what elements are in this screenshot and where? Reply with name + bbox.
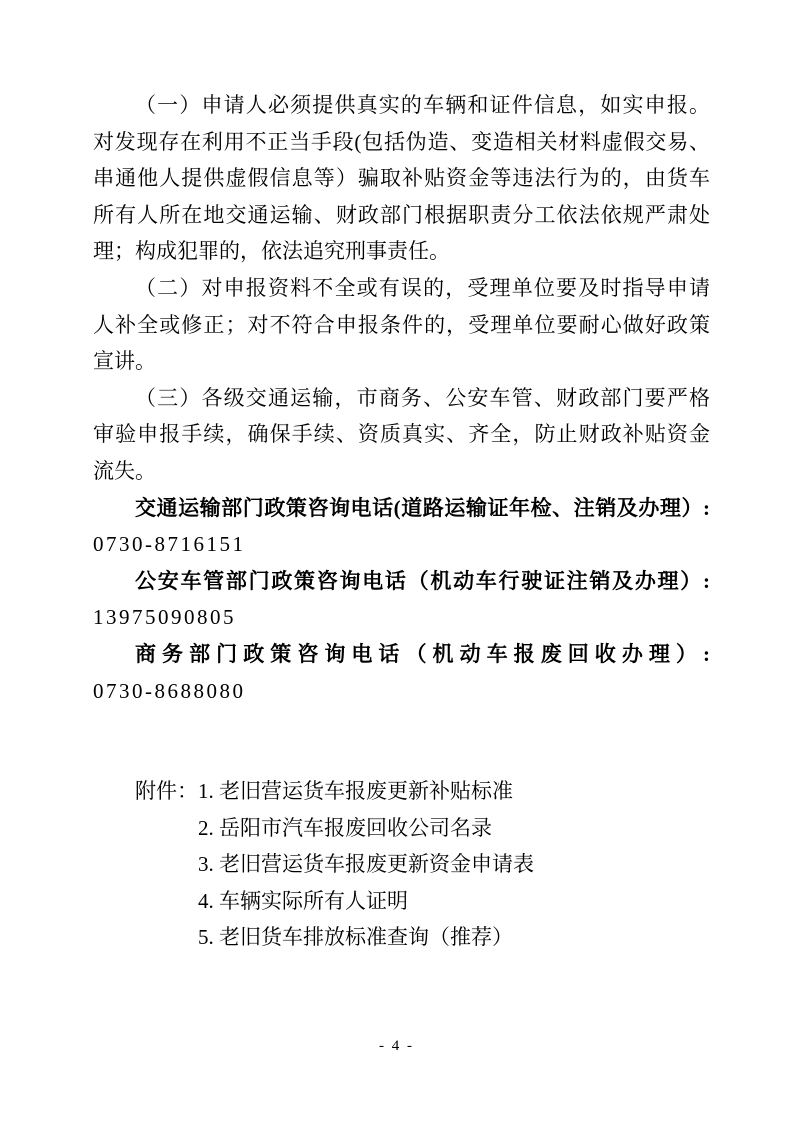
paragraph-1-line: 理；构成犯罪的，依法追究刑事责任。 bbox=[93, 233, 710, 270]
paragraph-3-line: （三）各级交通运输，市商务、公安车管、财政部门要严格 bbox=[93, 380, 710, 417]
paragraph-2: （二）对申报资料不全或有误的，受理单位要及时指导申请 人补全或修正；对不符合申报… bbox=[93, 270, 710, 380]
paragraph-1: （一）申请人必须提供真实的车辆和证件信息，如实申报。 对发现存在利用不正当手段(… bbox=[93, 87, 710, 270]
attachment-item-1: 1. 老旧营运货车报废更新补贴标准 bbox=[198, 773, 710, 810]
paragraph-2-line: 宣讲。 bbox=[93, 343, 710, 380]
document-page: （一）申请人必须提供真实的车辆和证件信息，如实申报。 对发现存在利用不正当手段(… bbox=[0, 0, 793, 1122]
paragraph-1-line: 所有人所在地交通运输、财政部门根据职责分工依法依规严肃处 bbox=[93, 197, 710, 234]
contact-commerce-phone: 0730-8688080 bbox=[93, 673, 710, 710]
paragraph-2-line: 人补全或修正；对不符合申报条件的，受理单位要耐心做好政策 bbox=[93, 307, 710, 344]
attachments-label: 附件： bbox=[135, 773, 198, 956]
paragraph-1-line: （一）申请人必须提供真实的车辆和证件信息，如实申报。 bbox=[93, 87, 710, 124]
contact-police-vehicle-phone: 13975090805 bbox=[93, 599, 710, 636]
attachment-item-4: 4. 车辆实际所有人证明 bbox=[198, 883, 710, 920]
attachment-item-5: 5. 老旧货车排放标准查询（推荐） bbox=[198, 919, 710, 956]
page-number: - 4 - bbox=[0, 1036, 793, 1056]
paragraph-2-line: （二）对申报资料不全或有误的，受理单位要及时指导申请 bbox=[93, 270, 710, 307]
attachments-block: 附件： 1. 老旧营运货车报废更新补贴标准 2. 岳阳市汽车报废回收公司名录 3… bbox=[93, 773, 710, 956]
contact-transport-phone: 0730-8716151 bbox=[93, 526, 710, 563]
paragraph-3-line: 流失。 bbox=[93, 453, 710, 490]
contact-police-vehicle: 公安车管部门政策咨询电话（机动车行驶证注销及办理）: 13975090805 bbox=[93, 563, 710, 636]
attachment-item-3: 3. 老旧营运货车报废更新资金申请表 bbox=[198, 846, 710, 883]
contact-commerce: 商务部门政策咨询电话（机动车报废回收办理）: 0730-8688080 bbox=[93, 636, 710, 709]
paragraph-1-line: 对发现存在利用不正当手段(包括伪造、变造相关材料虚假交易、 bbox=[93, 124, 710, 161]
contact-transport: 交通运输部门政策咨询电话(道路运输证年检、注销及办理）: 0730-871615… bbox=[93, 490, 710, 563]
paragraph-1-line: 串通他人提供虚假信息等）骗取补贴资金等违法行为的，由货车 bbox=[93, 160, 710, 197]
paragraph-3-line: 审验申报手续，确保手续、资质真实、齐全，防止财政补贴资金 bbox=[93, 416, 710, 453]
contact-transport-heading: 交通运输部门政策咨询电话(道路运输证年检、注销及办理）: bbox=[93, 490, 710, 527]
contact-police-vehicle-heading: 公安车管部门政策咨询电话（机动车行驶证注销及办理）: bbox=[93, 563, 710, 600]
contact-commerce-heading: 商务部门政策咨询电话（机动车报废回收办理）: bbox=[93, 636, 710, 673]
attachment-item-2: 2. 岳阳市汽车报废回收公司名录 bbox=[198, 810, 710, 847]
attachments-list: 1. 老旧营运货车报废更新补贴标准 2. 岳阳市汽车报废回收公司名录 3. 老旧… bbox=[198, 773, 710, 956]
paragraph-3: （三）各级交通运输，市商务、公安车管、财政部门要严格 审验申报手续，确保手续、资… bbox=[93, 380, 710, 490]
